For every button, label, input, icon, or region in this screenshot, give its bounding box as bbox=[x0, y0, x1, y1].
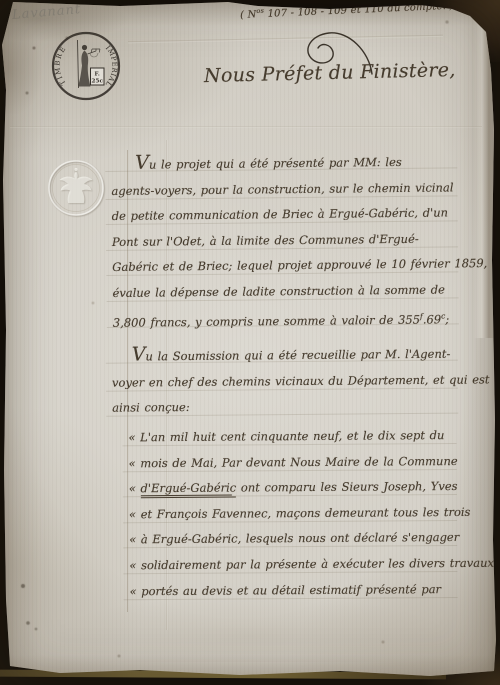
text-line: Pont sur l'Odet, à la limite des Commune… bbox=[112, 226, 487, 256]
quote-mark: « bbox=[129, 481, 141, 495]
text-line: de petite communication de Briec à Ergué… bbox=[112, 200, 487, 230]
figure-robe bbox=[78, 51, 91, 87]
flourished-initial: V bbox=[132, 343, 146, 365]
account-numbers-note: ( Nos 107 - 108 - 109 et 110 du compte. … bbox=[240, 0, 454, 21]
stain bbox=[0, 24, 42, 114]
scales-pans bbox=[90, 53, 98, 57]
text-line: « solidairement par la présente à exécut… bbox=[129, 551, 494, 579]
amount-text: ; bbox=[445, 312, 449, 326]
amount-text: 3,800 francs, y compris une somme à valo… bbox=[113, 312, 420, 329]
amount-text: .69 bbox=[423, 312, 441, 326]
text-line-content: ont comparu les Sieurs Joseph, Yves bbox=[236, 479, 457, 495]
note-text: 107 - 108 - 109 et 110 du compte. ) bbox=[264, 1, 454, 20]
pencil-annotation: Lavanant bbox=[11, 2, 81, 23]
text-line: « d'Ergué-Gabéric ont comparu les Sieurs… bbox=[129, 474, 494, 502]
text-line: agents-voyers, pour la construction, sur… bbox=[111, 175, 486, 205]
timbre-imperial-stamp: TIMBRE IMPÉRIAL F. 25c bbox=[48, 28, 124, 104]
paragraph-vu-la-soumission: Vu la Soumission qui a été recueillie pa… bbox=[112, 339, 490, 421]
fold-crease bbox=[10, 126, 482, 128]
embossed-eagle-seal bbox=[44, 156, 108, 220]
text-line-content: u la Soumission qui a été recueillie par… bbox=[145, 347, 450, 364]
note-text: ( N bbox=[240, 9, 257, 21]
text-line: ainsi conçue: bbox=[112, 393, 490, 422]
stamp-value-centimes: 25c bbox=[91, 79, 103, 85]
paper-sheet: Lavanant ( Nos 107 - 108 - 109 et 110 du… bbox=[0, 0, 500, 685]
paper-specks bbox=[0, 0, 2, 2]
text-line: « à Ergué-Gabéric, lesquels nous ont déc… bbox=[129, 525, 494, 553]
text-line: Gabéric et de Briec; lequel projet appro… bbox=[112, 251, 487, 281]
text-line: « L'an mil huit cent cinquante neuf, et … bbox=[128, 423, 493, 451]
text-line: évalue la dépense de ladite construction… bbox=[112, 277, 487, 307]
flourished-initial: V bbox=[135, 152, 149, 174]
stamp-value-franc: F. bbox=[95, 72, 100, 78]
text-line: « mois de Mai, Par devant Nous Maire de … bbox=[129, 448, 494, 476]
text-line: Vu la Soumission qui a été recueillie pa… bbox=[112, 339, 490, 370]
figure-head bbox=[82, 45, 87, 50]
document-title: Nous Préfet du Finistère, bbox=[204, 59, 456, 87]
underlined-commune-name: d'Ergué-Gabéric bbox=[140, 481, 236, 499]
paragraph-vu-le-projet: Vu le projet qui a été présenté par MM: … bbox=[111, 147, 488, 336]
text-line-content: u le projet qui a été présenté par MM: l… bbox=[149, 155, 402, 172]
document-photo: Lavanant ( Nos 107 - 108 - 109 et 110 du… bbox=[0, 0, 500, 685]
stain bbox=[60, 598, 440, 662]
paragraph-quoted-soumission: « L'an mil huit cent cinquante neuf, et … bbox=[128, 423, 494, 605]
text-line: Vu le projet qui a été présenté par MM: … bbox=[111, 147, 486, 179]
text-line: « et François Favennec, maçons demeurant… bbox=[129, 500, 494, 528]
fold-crease bbox=[128, 35, 443, 44]
text-line: voyer en chef des chemins vicinaux du Dé… bbox=[112, 367, 490, 396]
staff bbox=[78, 40, 79, 88]
svg-text:IMPÉRIAL: IMPÉRIAL bbox=[103, 44, 119, 88]
stamp-value-box: F. 25c bbox=[91, 68, 105, 85]
amount-line: 3,800 francs, y compris une somme à valo… bbox=[113, 303, 488, 336]
text-line: « portés au devis et au détail estimatif… bbox=[129, 576, 494, 604]
eagle-silhouette bbox=[60, 171, 93, 203]
stamp-arc-text-right: IMPÉRIAL bbox=[103, 44, 119, 88]
seal-crown-dot bbox=[74, 168, 77, 171]
